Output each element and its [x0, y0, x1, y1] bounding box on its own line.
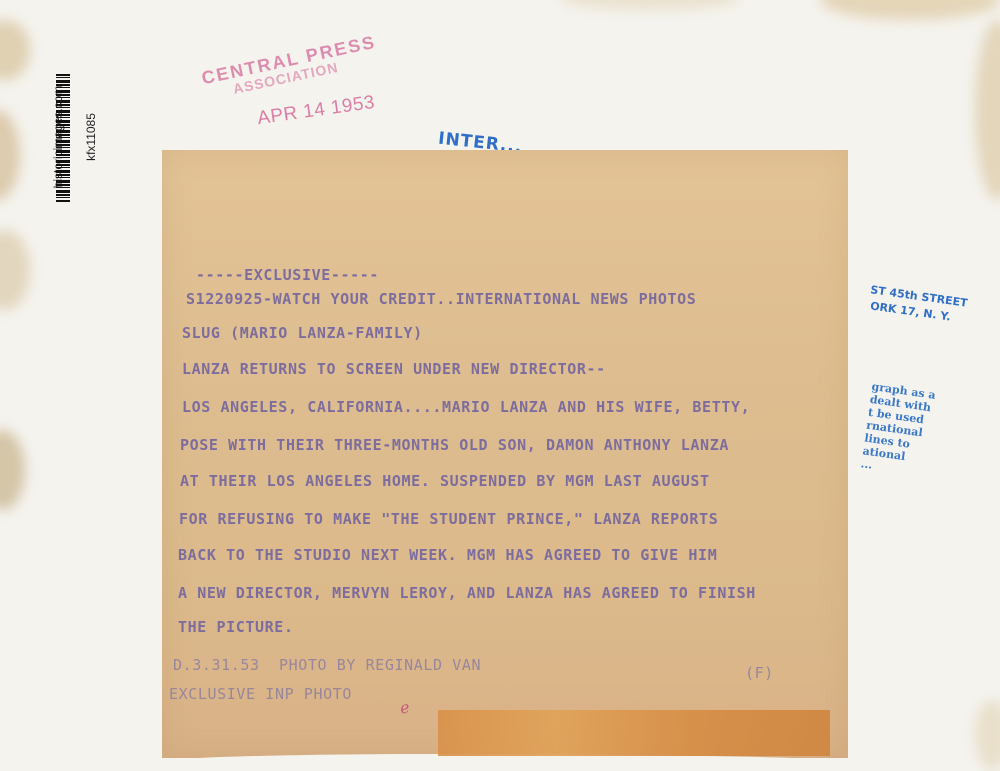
photo-back: historicimages.com kfx11085 CENTRAL PRES…	[0, 0, 1000, 771]
caption-credit-line: S1220925-WATCH YOUR CREDIT..INTERNATIONA…	[186, 290, 696, 308]
caption-headline: LANZA RETURNS TO SCREEN UNDER NEW DIRECT…	[182, 360, 606, 378]
barcode-label: historicimages.com kfx11085	[36, 74, 84, 202]
foxing-stain	[820, 0, 1000, 20]
foxing-stain	[0, 230, 30, 310]
caption-body-line: BACK TO THE STUDIO NEXT WEEK. MGM HAS AG…	[178, 546, 717, 564]
caption-body-line: LOS ANGELES, CALIFORNIA....MARIO LANZA A…	[182, 398, 750, 416]
received-date-stamp: APR 14 1953	[256, 92, 376, 130]
foxing-stain	[975, 700, 1000, 770]
caption-slug: SLUG (MARIO LANZA-FAMILY)	[182, 324, 423, 342]
caption-footer: EXCLUSIVE INP PHOTO	[169, 685, 352, 703]
caption-code: (F)	[745, 664, 774, 682]
caption-body-line: THE PICTURE.	[178, 618, 294, 636]
adhesive-tape	[438, 710, 830, 756]
foxing-stain	[0, 430, 25, 510]
barcode-id-text: kfx11085	[84, 82, 98, 192]
barcode-icon	[56, 74, 70, 202]
caption-body-line: POSE WITH THEIR THREE-MONTHS OLD SON, DA…	[180, 436, 729, 454]
foxing-stain	[0, 20, 30, 80]
foxing-stain	[0, 110, 20, 200]
usage-notice-stamp: graph as a dealt with t be used rnationa…	[860, 380, 936, 479]
caption-header: -----EXCLUSIVE-----	[196, 266, 379, 284]
foxing-stain	[975, 20, 1000, 200]
foxing-stain	[560, 0, 740, 10]
caption-body-line: FOR REFUSING TO MAKE "THE STUDENT PRINCE…	[179, 510, 718, 528]
caption-body-line: A NEW DIRECTOR, MERVYN LEROY, AND LANZA …	[178, 584, 756, 602]
caption-body-line: AT THEIR LOS ANGELES HOME. SUSPENDED BY …	[180, 472, 710, 490]
caption-dateline: D.3.31.53 PHOTO BY REGINALD VAN	[173, 656, 481, 674]
